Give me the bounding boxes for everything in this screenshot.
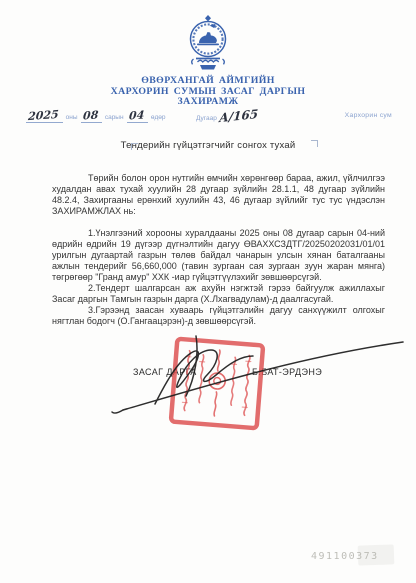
handwritten-year: 2025 bbox=[28, 110, 59, 122]
title-row: Тендерийн гүйцэтгэгчийг сонгох тухай bbox=[0, 140, 416, 156]
letterhead-line-1: ӨВӨРХАНГАЙ АЙМГИЙН bbox=[0, 76, 416, 87]
corner-mark-right bbox=[311, 140, 318, 147]
dateline: 2025 оны 08 сарын 04 өдөр Дугаар А/165 Х… bbox=[0, 109, 416, 131]
corner-mark-left bbox=[131, 143, 138, 150]
decree-item-1: 1.Үнэлгээний хорооны хуралдааны 2025 оны… bbox=[52, 228, 385, 283]
decree-item-2: 2.Тендерт шалгарсан аж ахуйн нэгжтэй гэр… bbox=[52, 283, 385, 305]
decree-document-page: ӨВӨРХАНГАЙ АЙМГИЙН ХАРХОРИН СУМЫН ЗАСАГ … bbox=[0, 0, 416, 583]
day-label: өдөр bbox=[151, 114, 166, 121]
handwritten-signature bbox=[103, 320, 413, 418]
location-label: Хархорин сум bbox=[345, 112, 392, 119]
letterhead: ӨВӨРХАНГАЙ АЙМГИЙН ХАРХОРИН СУМЫН ЗАСАГ … bbox=[0, 76, 416, 108]
legal-basis-paragraph: Төрийн болон орон нутгийн өмчийн хөрөнгө… bbox=[52, 173, 385, 217]
state-emblem-icon bbox=[183, 14, 233, 76]
document-title: Тендерийн гүйцэтгэгчийг сонгох тухай bbox=[0, 140, 416, 151]
date-fields: 2025 оны 08 сарын 04 өдөр bbox=[26, 111, 166, 123]
decree-number: Дугаар А/165 bbox=[196, 111, 258, 122]
registry-number: 491100373 bbox=[311, 551, 379, 562]
decree-body: Төрийн болон орон нутгийн өмчийн хөрөнгө… bbox=[52, 173, 385, 327]
handwritten-number: А/165 bbox=[219, 109, 259, 123]
handwritten-month: 08 bbox=[82, 110, 98, 121]
month-label: сарын bbox=[105, 114, 124, 121]
year-label: оны bbox=[66, 114, 78, 121]
number-label: Дугаар bbox=[196, 115, 217, 122]
letterhead-line-3: ЗАХИРАМЖ bbox=[0, 97, 416, 108]
handwritten-day: 04 bbox=[128, 110, 144, 121]
